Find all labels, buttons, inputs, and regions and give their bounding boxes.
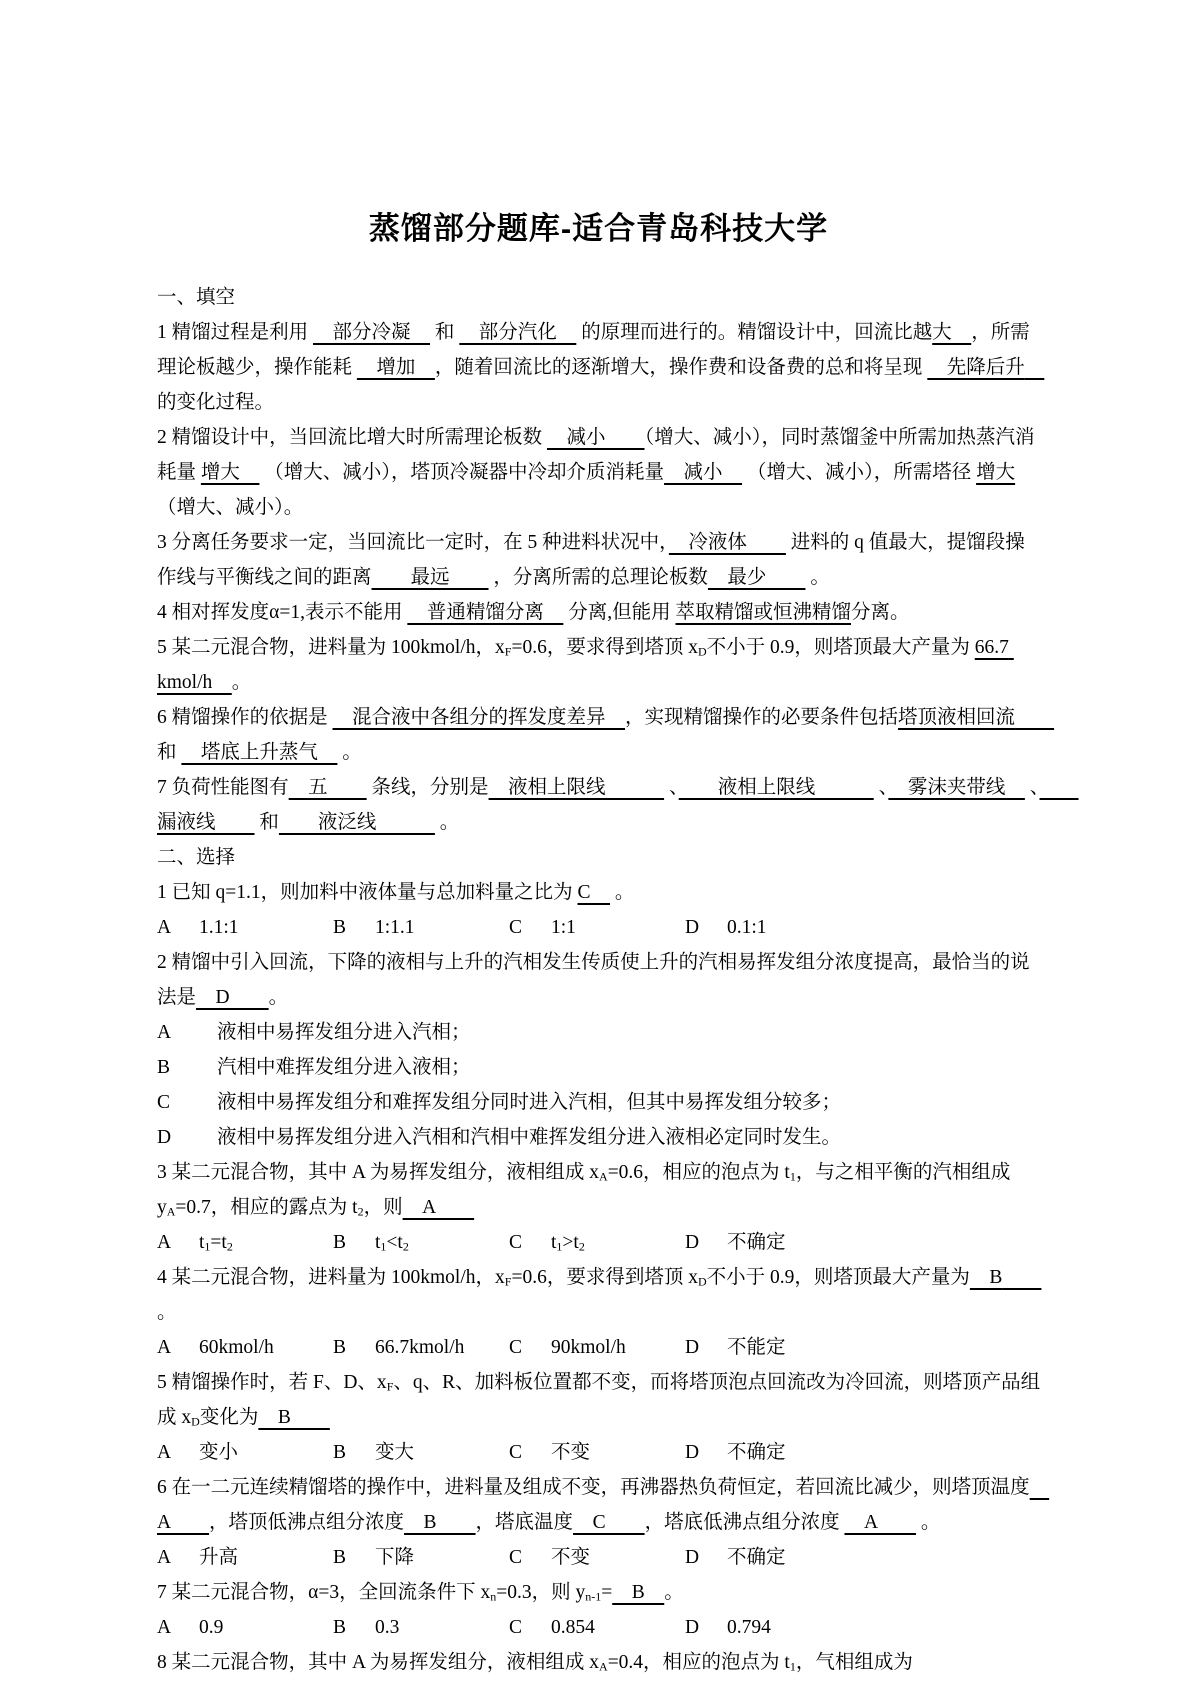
option-item: D不能定 (685, 1330, 861, 1365)
text-segment: 60kmol/h (199, 1337, 274, 1358)
text-segment: 7 某二元混合物，α=3，全回流条件下 x (157, 1582, 490, 1603)
option-item: A0.9 (157, 1610, 333, 1645)
blank-answer: 普通精馏分离 (407, 602, 563, 623)
options-row: A升高B下降C不变D不确定 (157, 1540, 1042, 1575)
text-segment: 6 在一二元连续精馏塔的操作中，进料量及组成不变，再沸器热负荷恒定，若回流比减少… (157, 1477, 1030, 1498)
option-item: A液相中易挥发组分进入汽相； (157, 1015, 471, 1050)
text-segment: 4 相对挥发度α=1,表示不能用 (157, 602, 407, 623)
text-segment: 不小于 0.9，则塔顶最大产量为 (707, 637, 975, 658)
text-segment: 变化为 (200, 1407, 259, 1428)
blank-answer: B (970, 1267, 1042, 1288)
section-heading: 二、选择 (157, 840, 1042, 875)
blank-answer: 增大 (976, 462, 1015, 483)
option-label: B (333, 1435, 375, 1470)
option-label: D (685, 1610, 727, 1645)
option-label: B (333, 1330, 375, 1365)
blank-answer: 塔顶液相回流 (898, 707, 1054, 728)
blank-answer: A (403, 1197, 475, 1218)
option-item: B0.3 (333, 1610, 509, 1645)
option-label: B (157, 1050, 217, 1085)
text-segment: 。 (337, 742, 361, 763)
option-item: B66.7kmol/h (333, 1330, 509, 1365)
subscript: 2 (579, 1239, 585, 1253)
text-segment: 汽相中难挥发组分进入液相； (217, 1057, 471, 1078)
text-segment: 6 精馏操作的依据是 (157, 707, 333, 728)
text-segment: =0.7，相应的露点为 t (175, 1197, 357, 1218)
option-item: D0.794 (685, 1610, 861, 1645)
blank-answer: 部分汽化 (459, 322, 576, 343)
paragraph: 1 已知 q=1.1，则加料中液体量与总加料量之比为 C 。 (157, 875, 1042, 910)
paragraph: 4 相对挥发度α=1,表示不能用 普通精馏分离 分离,但能用 萃取精馏或恒沸精馏… (157, 595, 1042, 630)
paragraph: 5 精馏操作时，若 F、D、xF、q、R、加料板位置都不变，而将塔顶泡点回流改为… (157, 1365, 1042, 1435)
text-segment: 、 (1025, 777, 1040, 798)
paragraph: 2 精馏设计中，当回流比增大时所需理论板数 减小 （增大、减小），同时蒸馏釜中所… (157, 420, 1042, 525)
text-segment: =t (210, 1232, 226, 1253)
option-label: A (157, 910, 199, 945)
option-item: A60kmol/h (157, 1330, 333, 1365)
paragraph: 1 精馏过程是利用 部分冷凝 和 部分汽化 的原理而进行的。精馏设计中，回流比越… (157, 315, 1042, 420)
text-segment: 1:1 (551, 917, 576, 938)
text-segment: 液相中易挥发组分和难挥发组分同时进入汽相，但其中易挥发组分较多； (217, 1092, 841, 1113)
paragraph: 3 某二元混合物，其中 A 为易挥发组分，液相组成 xA=0.6，相应的泡点为 … (157, 1155, 1042, 1225)
document-title: 蒸馏部分题库-适合青岛科技大学 (157, 203, 1040, 248)
option-label: B (333, 1540, 375, 1575)
text-segment: 1 已知 q=1.1，则加料中液体量与总加料量之比为 (157, 882, 578, 903)
text-segment: =0.6，要求得到塔顶 x (511, 637, 698, 658)
blank-answer: 部分冷凝 (313, 322, 430, 343)
option-item: D不确定 (685, 1435, 861, 1470)
text-segment: ，塔顶低沸点组分浓度 (209, 1512, 404, 1533)
option-label: C (509, 1540, 551, 1575)
text-segment: 0.3 (375, 1617, 399, 1638)
option-label: A (157, 1330, 199, 1365)
text-segment: ，实现精馏操作的必要条件包括 (625, 707, 898, 728)
subscript: A (599, 1659, 608, 1673)
text-segment: 液相中易挥发组分进入汽相和汽相中难挥发组分进入液相必定同时发生。 (217, 1127, 841, 1148)
paragraph: 2 精馏中引入回流，下降的液相与上升的汽相发生传质使上升的汽相易挥发组分浓度提高… (157, 945, 1042, 1015)
text-segment: = (601, 1582, 612, 1603)
text-segment: 条线，分别是 (367, 777, 489, 798)
blank-answer: 增大 (201, 462, 260, 483)
blank-answer: C (578, 882, 611, 903)
option-label: C (509, 1330, 551, 1365)
option-item: B1:1.1 (333, 910, 509, 945)
text-segment: 不能定 (727, 1337, 786, 1358)
option-label: A (157, 1610, 199, 1645)
text-segment: =0.6，相应的泡点为 t (608, 1162, 790, 1183)
options-row: D液相中易挥发组分进入汽相和汽相中难挥发组分进入液相必定同时发生。 (157, 1120, 1042, 1155)
subscript: 2 (403, 1239, 409, 1253)
text-segment: ，塔底低沸点组分浓度 (645, 1512, 845, 1533)
option-label: C (157, 1085, 217, 1120)
subscript: D (191, 1414, 200, 1428)
text-segment: 0.794 (727, 1617, 771, 1638)
text-segment: 不小于 0.9，则塔顶最大产量为 (707, 1267, 970, 1288)
text-segment: 不变 (551, 1442, 590, 1463)
option-item: At1=t2 (157, 1225, 333, 1260)
text-segment: ，塔底温度 (476, 1512, 574, 1533)
option-label: B (333, 1225, 375, 1260)
text-segment: =0.6，要求得到塔顶 x (511, 1267, 698, 1288)
text-segment: 变小 (199, 1442, 238, 1463)
option-label: D (685, 910, 727, 945)
option-label: D (685, 1540, 727, 1575)
option-label: D (685, 1435, 727, 1470)
text-segment: （增大、减小），所需塔径 (742, 462, 976, 483)
option-label: C (509, 1610, 551, 1645)
blank-answer: 先降后升 (927, 357, 1044, 378)
text-segment: 5 某二元混合物，进料量为 100kmol/h，x (157, 637, 505, 658)
text-segment: 1:1.1 (375, 917, 415, 938)
text-segment: 。 (664, 1582, 684, 1603)
options-row: A60kmol/hB66.7kmol/hC90kmol/hD不能定 (157, 1330, 1042, 1365)
blank-answer: 混合液中各组分的挥发度差异 (333, 707, 626, 728)
text-segment: 和 (255, 812, 279, 833)
text-segment: 。 (269, 987, 289, 1008)
option-item: B变大 (333, 1435, 509, 1470)
paragraph: 3 分离任务要求一定，当回流比一定时，在 5 种进料状况中， 冷液体 进料的 q… (157, 525, 1042, 595)
blank-answer: C (573, 1512, 645, 1533)
text-segment: 。 (805, 567, 829, 588)
option-label: D (157, 1120, 217, 1155)
text-segment: 升高 (199, 1547, 238, 1568)
blank-answer: A (844, 1512, 916, 1533)
subscript: A (599, 1169, 608, 1183)
text-segment: 分离。 (851, 602, 910, 623)
option-item: A1.1:1 (157, 910, 333, 945)
blank-answer: B (404, 1512, 476, 1533)
blank-answer: 萃取精馏或恒沸精馏 (676, 602, 852, 623)
option-label: B (333, 1610, 375, 1645)
document-page: 蒸馏部分题库-适合青岛科技大学 一、填空1 精馏过程是利用 部分冷凝 和 部分汽… (0, 0, 1190, 1683)
subscript: D (698, 1274, 707, 1288)
text-segment: ，分离所需的总理论板数 (489, 567, 708, 588)
subscript: n-1 (585, 1589, 601, 1603)
text-segment: 和 (430, 322, 459, 343)
option-label: C (509, 910, 551, 945)
text-segment: ，则 (364, 1197, 403, 1218)
text-segment: 。 (232, 672, 252, 693)
blank-answer: 塔底上升蒸气 (181, 742, 337, 763)
blank-answer: 雾沫夹带线 (888, 777, 1025, 798)
option-label: D (685, 1330, 727, 1365)
subscript: D (698, 644, 707, 658)
options-row: A液相中易挥发组分进入汽相； (157, 1015, 1042, 1050)
text-segment: 2 精馏设计中，当回流比增大时所需理论板数 (157, 427, 547, 448)
text-segment: 下降 (375, 1547, 414, 1568)
options-row: At1=t2Bt1<t2Ct1>t2D不确定 (157, 1225, 1042, 1260)
options-row: A0.9B0.3C0.854D0.794 (157, 1610, 1042, 1645)
option-label: B (333, 910, 375, 945)
section-heading: 一、填空 (157, 280, 1042, 315)
blank-answer: 冷液体 (669, 532, 786, 553)
text-segment: 0.854 (551, 1617, 595, 1638)
text-segment: ，随着回流比的逐渐增大，操作费和设备费的总和将呈现 (435, 357, 927, 378)
paragraph: 6 在一二元连续精馏塔的操作中，进料量及组成不变，再沸器热负荷恒定，若回流比减少… (157, 1470, 1042, 1540)
text-segment: 5 精馏操作时，若 F、D、x (157, 1372, 387, 1393)
text-segment: 、 (664, 777, 679, 798)
options-row: A1.1:1B1:1.1C1:1D0.1:1 (157, 910, 1042, 945)
option-item: B下降 (333, 1540, 509, 1575)
text-segment: =0.3，则 y (496, 1582, 585, 1603)
text-segment: 、 (874, 777, 889, 798)
text-segment: 。 (916, 1512, 940, 1533)
option-item: A升高 (157, 1540, 333, 1575)
options-row: C液相中易挥发组分和难挥发组分同时进入汽相，但其中易挥发组分较多； (157, 1085, 1042, 1120)
text-segment: 66.7kmol/h (375, 1337, 464, 1358)
blank-answer: 液相上限线 (489, 777, 665, 798)
text-segment: 8 某二元混合物，其中 A 为易挥发组分，液相组成 x (157, 1652, 599, 1673)
text-segment: 不确定 (727, 1442, 786, 1463)
option-item: A变小 (157, 1435, 333, 1470)
blank-answer: 最远 (372, 567, 489, 588)
blank-answer: 大 (932, 322, 971, 343)
text-segment: 3 分离任务要求一定，当回流比一定时，在 5 种进料状况中， (157, 532, 669, 553)
option-label: A (157, 1225, 199, 1260)
subscript: 2 (227, 1239, 233, 1253)
blank-answer: 液相上限线 (679, 777, 874, 798)
options-row: A变小B变大C不变D不确定 (157, 1435, 1042, 1470)
blank-answer: 五 (289, 777, 367, 798)
paragraph: 6 精馏操作的依据是 混合液中各组分的挥发度差异 ，实现精馏操作的必要条件包括塔… (157, 700, 1042, 770)
text-segment: ，气相组成为 (796, 1652, 913, 1673)
blank-answer: 最少 (708, 567, 806, 588)
text-segment: 4 某二元混合物，进料量为 100kmol/h，x (157, 1267, 505, 1288)
text-segment: 90kmol/h (551, 1337, 626, 1358)
option-item: D液相中易挥发组分进入汽相和汽相中难挥发组分进入液相必定同时发生。 (157, 1120, 841, 1155)
paragraph: 7 负荷性能图有 五 条线，分别是 液相上限线 、 液相上限线 、 雾沫夹带线 … (157, 770, 1042, 840)
option-label: C (509, 1225, 551, 1260)
text-segment: 液相中易挥发组分进入汽相； (217, 1022, 471, 1043)
paragraph: 5 某二元混合物，进料量为 100kmol/h，xF=0.6，要求得到塔顶 xD… (157, 630, 1042, 700)
blank-answer: 液泛线 (279, 812, 435, 833)
blank-answer: D (196, 987, 269, 1008)
text-segment: 不变 (551, 1547, 590, 1568)
text-segment: 一、填空 (157, 287, 235, 308)
blank-answer: B (258, 1407, 330, 1428)
text-segment: 。 (435, 812, 459, 833)
text-segment: 分离,但能用 (563, 602, 675, 623)
text-segment: 0.9 (199, 1617, 223, 1638)
option-item: D不确定 (685, 1540, 861, 1575)
text-segment: 不确定 (727, 1547, 786, 1568)
text-segment: 。 (610, 882, 634, 903)
option-label: A (157, 1015, 217, 1050)
text-segment: 1.1:1 (199, 917, 239, 938)
blank-answer: 增加 (357, 357, 435, 378)
paragraph: 8 某二元混合物，其中 A 为易挥发组分，液相组成 xA=0.4，相应的泡点为 … (157, 1645, 1042, 1680)
text-segment: >t (562, 1232, 578, 1253)
text-segment: 的原理而进行的。精馏设计中，回流比越 (576, 322, 932, 343)
option-item: C1:1 (509, 910, 685, 945)
option-item: Ct1>t2 (509, 1225, 685, 1260)
text-segment: 3 某二元混合物，其中 A 为易挥发组分，液相组成 x (157, 1162, 599, 1183)
option-label: D (685, 1225, 727, 1260)
blank-answer: 减小 (547, 427, 645, 448)
option-label: C (509, 1435, 551, 1470)
document-content: 一、填空1 精馏过程是利用 部分冷凝 和 部分汽化 的原理而进行的。精馏设计中，… (157, 280, 1042, 1680)
text-segment: 7 负荷性能图有 (157, 777, 289, 798)
blank-answer: B (612, 1582, 664, 1603)
option-item: C不变 (509, 1435, 685, 1470)
paragraph: 7 某二元混合物，α=3，全回流条件下 xn=0.3，则 yn-1= B 。 (157, 1575, 1042, 1610)
text-segment: 二、选择 (157, 847, 235, 868)
option-item: B汽相中难挥发组分进入液相； (157, 1050, 471, 1085)
option-item: C0.854 (509, 1610, 685, 1645)
options-row: B汽相中难挥发组分进入液相； (157, 1050, 1042, 1085)
option-label: A (157, 1435, 199, 1470)
text-segment: 1 精馏过程是利用 (157, 322, 313, 343)
option-item: C90kmol/h (509, 1330, 685, 1365)
option-item: D不确定 (685, 1225, 861, 1260)
blank-answer: 减小 (664, 462, 742, 483)
text-segment: 。 (157, 1302, 177, 1323)
option-item: C不变 (509, 1540, 685, 1575)
option-item: D0.1:1 (685, 910, 861, 945)
text-segment: =0.4，相应的泡点为 t (608, 1652, 790, 1673)
option-item: C液相中易挥发组分和难挥发组分同时进入汽相，但其中易挥发组分较多； (157, 1085, 841, 1120)
text-segment: 0.1:1 (727, 917, 767, 938)
text-segment: （增大、减小），塔顶冷凝器中冷却介质消耗量 (259, 462, 664, 483)
text-segment: <t (386, 1232, 402, 1253)
option-item: Bt1<t2 (333, 1225, 509, 1260)
text-segment: 和 (157, 742, 181, 763)
paragraph: 4 某二元混合物，进料量为 100kmol/h，xF=0.6，要求得到塔顶 xD… (157, 1260, 1042, 1330)
option-label: A (157, 1540, 199, 1575)
text-segment: 变大 (375, 1442, 414, 1463)
text-segment: 不确定 (727, 1232, 786, 1253)
